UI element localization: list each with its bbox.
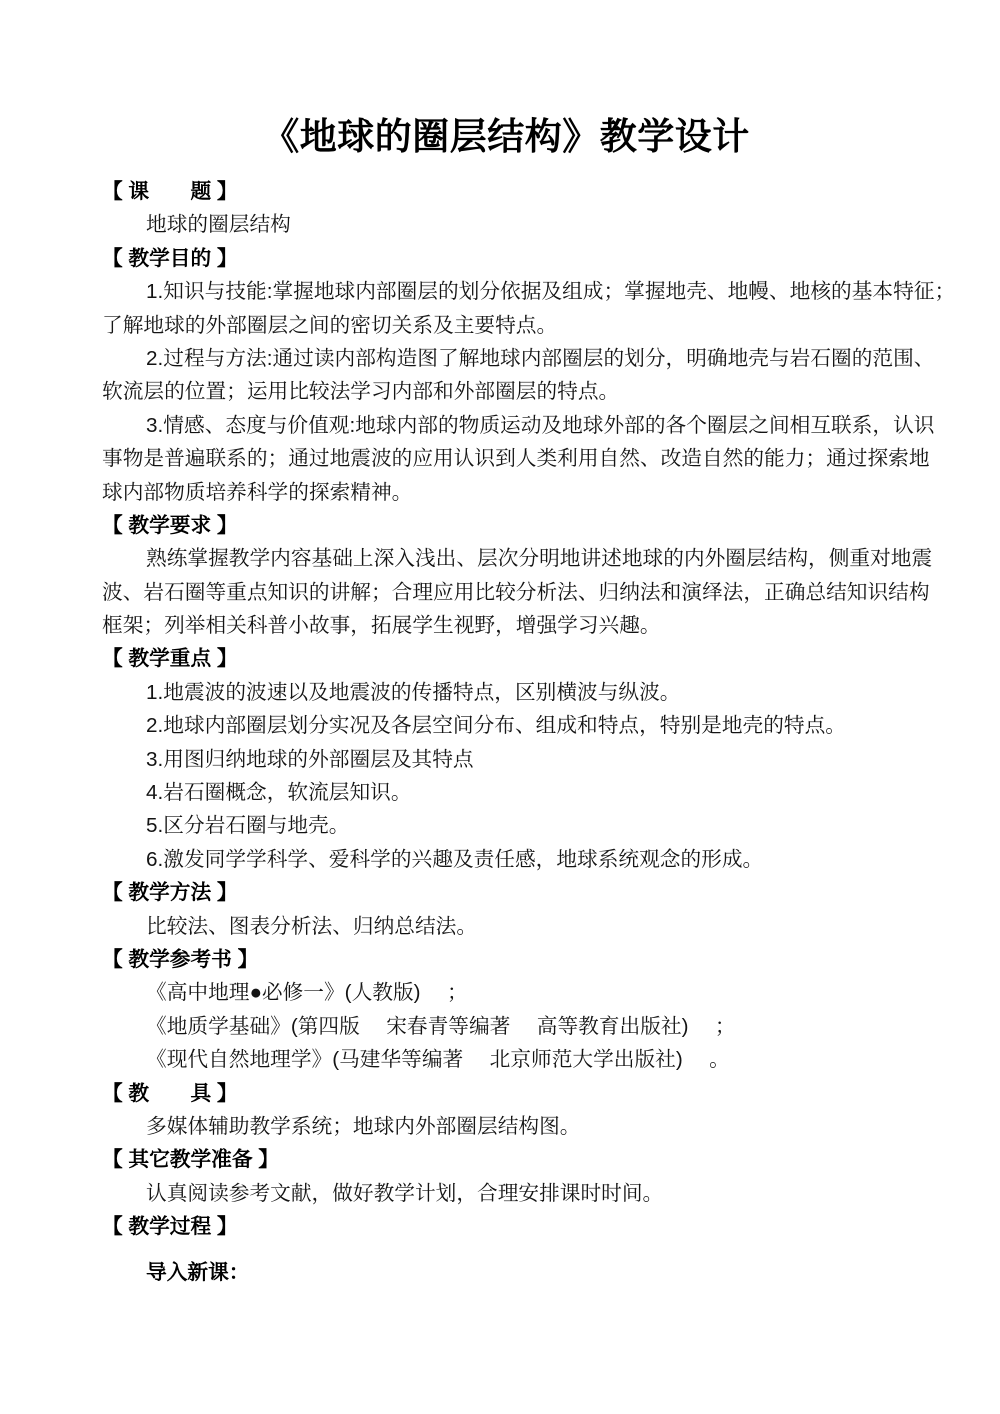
- key-point-4: 4.岩石圈概念，软流层知识。: [102, 776, 910, 809]
- reference-book-2: 《地质学基础》(第四版 宋春青等编著 高等教育出版社) ；: [102, 1010, 910, 1043]
- objective-2-line-2: 软流层的位置；运用比较法学习内部和外部圈层的特点。: [102, 375, 910, 408]
- section-header-topic: 【 课 题 】: [102, 175, 910, 208]
- requirements-line-2: 波、岩石圈等重点知识的讲解；合理应用比较分析法、归纳法和演绎法，正确总结知识结构: [102, 576, 910, 609]
- document-title: 《地球的圈层结构》教学设计: [102, 108, 910, 166]
- lead-in-subheading: 导入新课：: [102, 1256, 910, 1289]
- objective-2-line-1: 2.过程与方法:通过读内部构造图了解地球内部圈层的划分，明确地壳与岩石圈的范围、: [102, 342, 910, 375]
- topic-value: 地球的圈层结构: [102, 208, 910, 241]
- key-point-5: 5.区分岩石圈与地壳。: [102, 809, 910, 842]
- section-header-teaching-requirements: 【 教学要求 】: [102, 509, 910, 542]
- section-header-reference-books: 【 教学参考书 】: [102, 943, 910, 976]
- objective-1-line-1: 1.知识与技能:掌握地球内部圈层的划分依据及组成；掌握地壳、地幔、地核的基本特征…: [102, 275, 910, 308]
- key-point-1: 1.地震波的波速以及地震波的传播特点，区别横波与纵波。: [102, 676, 910, 709]
- section-header-teaching-process: 【 教学过程 】: [102, 1210, 910, 1243]
- section-header-teaching-methods: 【 教学方法 】: [102, 876, 910, 909]
- section-header-teaching-objectives: 【 教学目的 】: [102, 242, 910, 275]
- requirements-line-3: 框架；列举相关科普小故事，拓展学生视野，增强学习兴趣。: [102, 609, 910, 642]
- reference-book-1: 《高中地理●必修一》(人教版) ；: [102, 976, 910, 1009]
- section-header-teaching-key-points: 【 教学重点 】: [102, 642, 910, 675]
- objective-3-line-1: 3.情感、态度与价值观:地球内部的物质运动及地球外部的各个圈层之间相互联系，认识: [102, 409, 910, 442]
- section-header-other-preparation: 【 其它教学准备 】: [102, 1143, 910, 1176]
- objective-3-line-3: 球内部物质培养科学的探索精神。: [102, 476, 910, 509]
- reference-book-3: 《现代自然地理学》(马建华等编著 北京师范大学出版社) 。: [102, 1043, 910, 1076]
- requirements-line-1: 熟练掌握教学内容基础上深入浅出、层次分明地讲述地球的内外圈层结构，侧重对地震: [102, 542, 910, 575]
- other-preparation-text: 认真阅读参考文献，做好教学计划，合理安排课时时间。: [102, 1177, 910, 1210]
- section-header-teaching-aids: 【 教 具 】: [102, 1077, 910, 1110]
- key-point-3: 3.用图归纳地球的外部圈层及其特点: [102, 743, 910, 776]
- objective-3-line-2: 事物是普遍联系的；通过地震波的应用认识到人类利用自然、改造自然的能力；通过探索地: [102, 442, 910, 475]
- key-point-2: 2.地球内部圈层划分实况及各层空间分布、组成和特点，特别是地壳的特点。: [102, 709, 910, 742]
- document-page: 《地球的圈层结构》教学设计 【 课 题 】 地球的圈层结构 【 教学目的 】 1…: [0, 0, 1000, 1414]
- teaching-methods-text: 比较法、图表分析法、归纳总结法。: [102, 910, 910, 943]
- objective-1-line-2: 了解地球的外部圈层之间的密切关系及主要特点。: [102, 309, 910, 342]
- teaching-aids-text: 多媒体辅助教学系统；地球内外部圈层结构图。: [102, 1110, 910, 1143]
- key-point-6: 6.激发同学学科学、爱科学的兴趣及责任感，地球系统观念的形成。: [102, 843, 910, 876]
